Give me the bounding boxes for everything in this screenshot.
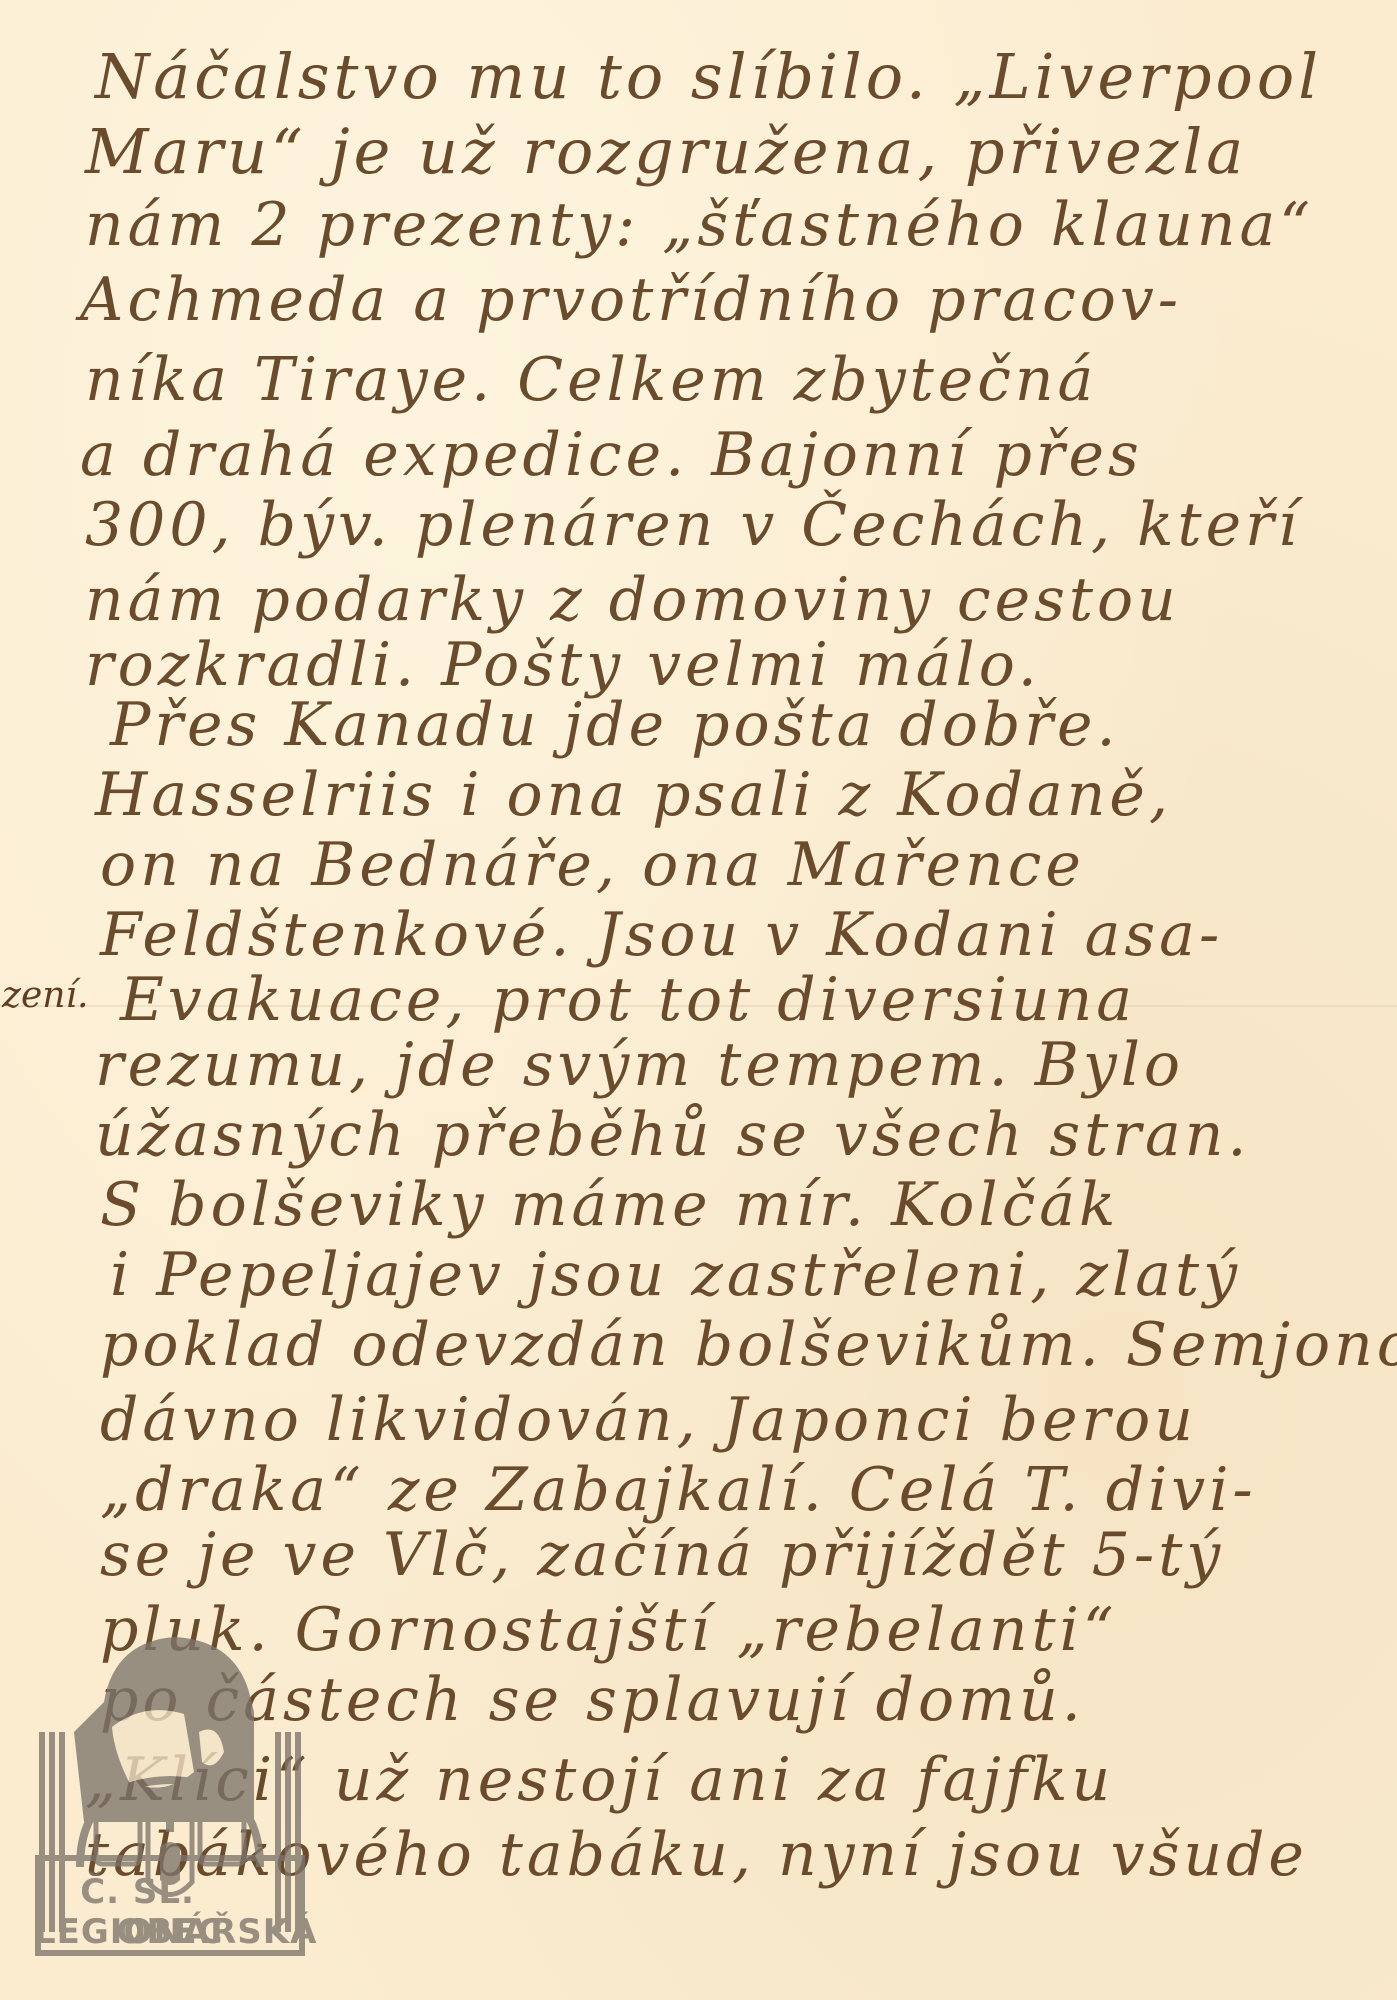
letter-line: S bolševiky máme mír. Kolčák [100,1170,1119,1240]
letter-line: i Pepeljajev jsou zastřeleni, zlatý [110,1240,1241,1310]
letter-line: nám podarky z domoviny cestou [85,565,1180,635]
letter-line: poklad odevzdán bolševikům. Semjonov [100,1310,1397,1380]
letter-line: rezumu, jde svým tempem. Bylo [95,1030,1184,1100]
letter-line: Hasselriis i ona psali z Kodaně, [95,760,1172,830]
letter-line: Náčalstvo mu to slíbilo. „Liverpool [95,40,1322,113]
letter-line: Přes Kanadu jde pošta dobře. [110,690,1120,760]
letter-line: nám 2 prezenty: „šťastného klauna“ [85,190,1314,260]
letter-line: „draka“ ze Zabajkalí. Celá T. divi- [100,1455,1257,1525]
letter-line: 300, býv. plenáren v Čechách, kteří [85,490,1301,560]
letter-line: dávno likvidován, Japonci berou [100,1385,1197,1455]
letter-line: se je ve Vlč, začíná přijíždět 5-tý [100,1520,1224,1590]
logo-text-line2: LEGIONÁŘSKÁ [34,1912,306,1952]
letter-line: Evakuace, prot tot diversiuna [120,965,1136,1035]
logo-text-csl: Č. SL. [80,1872,195,1912]
letter-line: Maru“ je už rozgružena, přivezla [85,115,1247,188]
legion-watermark-logo: Č. SL. OBEC LEGIONÁŘSKÁ [34,1632,306,1957]
letter-line: úžasných přeběhů se všech stran. [95,1100,1251,1170]
letter-line: Achmeda a prvotřídního pracov- [80,265,1182,335]
letter-line: a drahá expedice. Bajonní přes [80,420,1143,490]
letter-line: níka Tiraye. Celkem zbytečná [85,345,1097,415]
margin-note: zení. [2,975,88,1016]
letter-line: on na Bednáře, ona Mařence [100,830,1085,900]
letter-line: Feldštenkové. Jsou v Kodani asa- [100,900,1223,970]
